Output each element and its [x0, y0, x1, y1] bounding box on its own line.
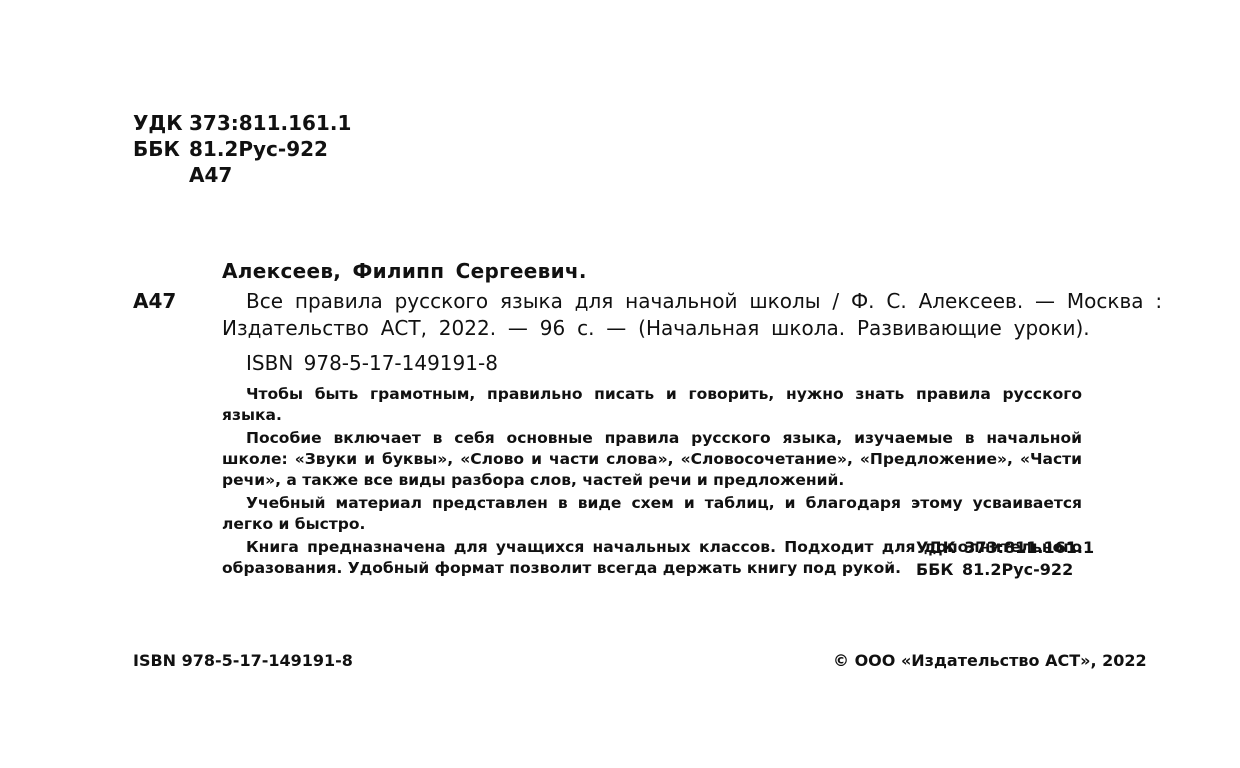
- bbk-row: ББК 81.2Рус-922: [133, 136, 351, 162]
- author-sign-left: А47: [133, 289, 176, 313]
- copyright-notice: © ООО «Издательство АСТ», 2022: [833, 651, 1147, 670]
- udk-bottom: УДК 373:811.161.1: [916, 537, 1094, 559]
- annotation-paragraph: Учебный материал представлен в виде схем…: [222, 493, 1082, 535]
- imprint-page: { "classification_top": { "udk_label": "…: [0, 0, 1240, 768]
- bbk-bottom: ББК 81.2Рус-922: [916, 559, 1094, 581]
- udk-label: УДК: [133, 110, 189, 136]
- annotation-paragraph: Пособие включает в себя основные правила…: [222, 428, 1082, 491]
- isbn-record: ISBN 978-5-17-149191-8: [246, 351, 498, 375]
- bbk-value: 81.2Рус-922: [189, 136, 328, 162]
- bbk-label: ББК: [133, 136, 189, 162]
- footer-isbn: ISBN 978-5-17-149191-8: [133, 651, 353, 670]
- bibliographic-description-line-2: Издательство АСТ, 2022. — 96 с. — (Начал…: [222, 316, 1090, 340]
- annotation-paragraph: Чтобы быть грамотным, правильно писать и…: [222, 384, 1082, 426]
- classification-block-bottom: УДК 373:811.161.1 ББК 81.2Рус-922: [916, 537, 1094, 581]
- author-sign: А47: [189, 162, 232, 188]
- udk-row: УДК 373:811.161.1: [133, 110, 351, 136]
- bibliographic-description-line-1: Все правила русского языка для начальной…: [246, 289, 1162, 313]
- udk-value: 373:811.161.1: [189, 110, 351, 136]
- classification-block-top: УДК 373:811.161.1 ББК 81.2Рус-922 А47: [133, 110, 351, 188]
- author-sign-row: А47: [133, 162, 351, 188]
- author-heading: Алексеев, Филипп Сергеевич.: [222, 259, 587, 283]
